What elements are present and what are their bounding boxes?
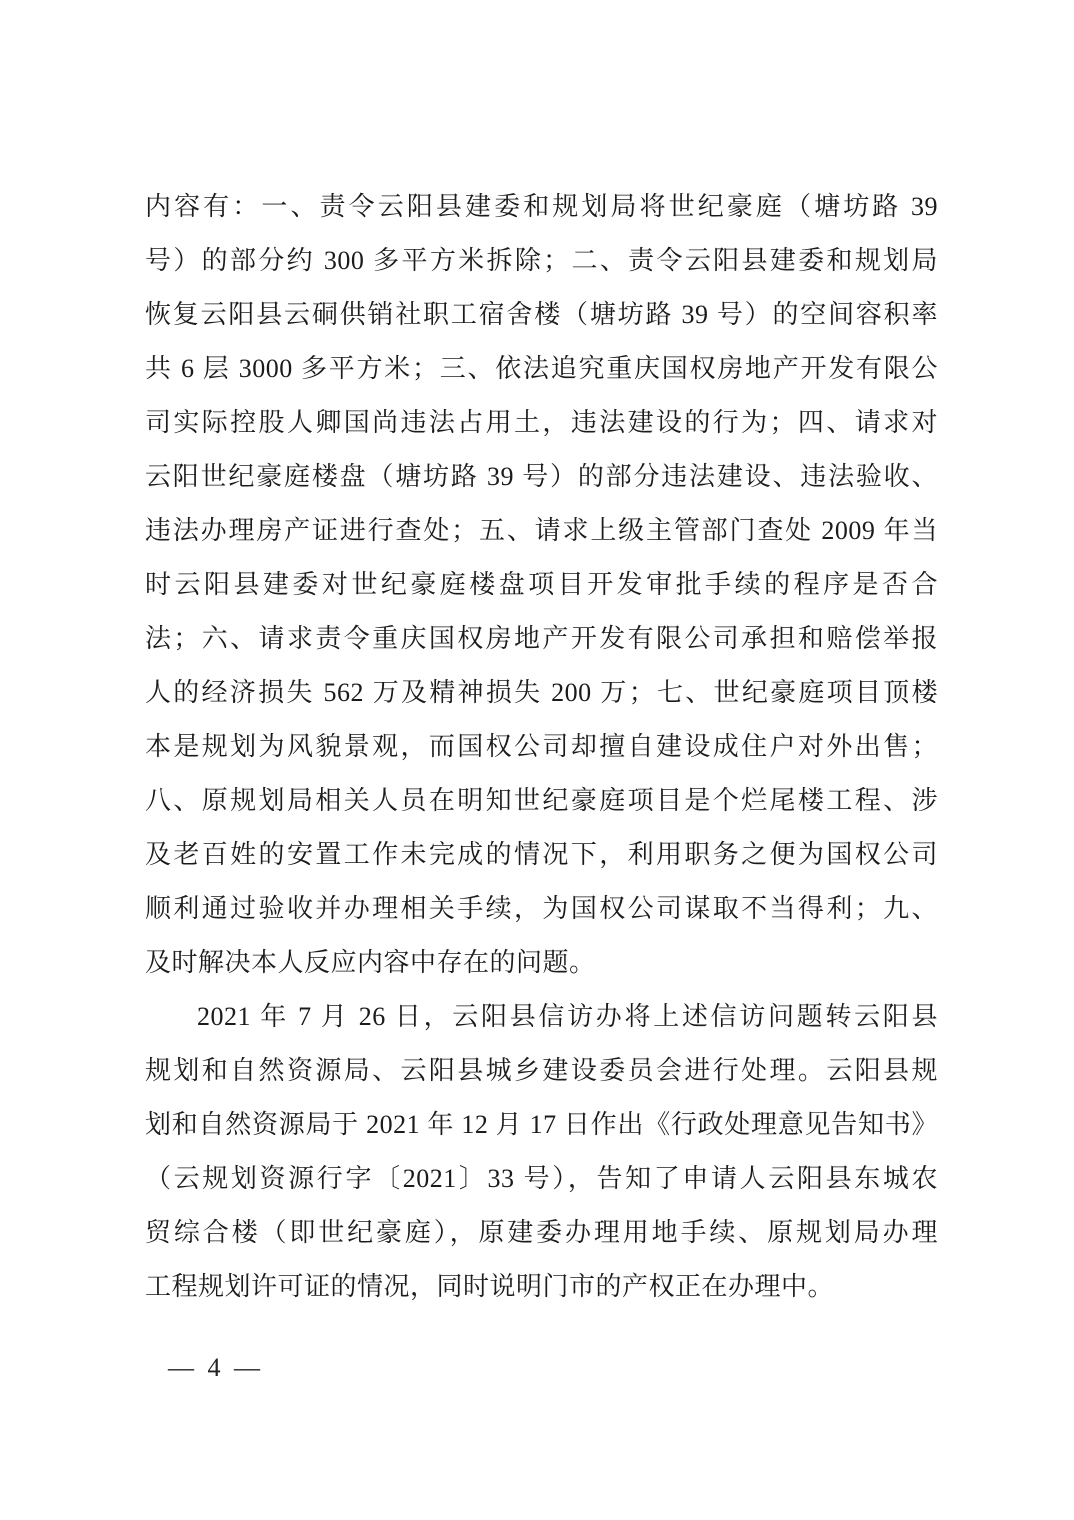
text-line: 违法办理房产证进行查处；五、请求上级主管部门查处 2009 年当 [145, 504, 938, 558]
text-line: 云阳世纪豪庭楼盘（塘坊路 39 号）的部分违法建设、违法验收、 [145, 450, 938, 504]
text-line: 内容有：一、责令云阳县建委和规划局将世纪豪庭（塘坊路 39 [145, 180, 938, 234]
text-line: 人的经济损失 562 万及精神损失 200 万；七、世纪豪庭项目顶楼 [145, 666, 938, 720]
paragraph: 2021 年 7 月 26 日，云阳县信访办将上述信访问题转云阳县规划和自然资源… [145, 990, 938, 1314]
text-line: 贸综合楼（即世纪豪庭），原建委办理用地手续、原规划局办理 [145, 1206, 938, 1260]
text-line: 司实际控股人卿国尚违法占用土，违法建设的行为；四、请求对 [145, 396, 938, 450]
text-line: 法；六、请求责令重庆国权房地产开发有限公司承担和赔偿举报 [145, 612, 938, 666]
document-page: 内容有：一、责令云阳县建委和规划局将世纪豪庭（塘坊路 39号）的部分约 300 … [0, 0, 1074, 1520]
text-line: 顺利通过验收并办理相关手续，为国权公司谋取不当得利；九、 [145, 882, 938, 936]
text-line: 及时解决本人反应内容中存在的问题。 [145, 936, 938, 990]
text-line: （云规划资源行字〔2021〕33 号），告知了申请人云阳县东城农 [145, 1152, 938, 1206]
text-line: 划和自然资源局于 2021 年 12 月 17 日作出《行政处理意见告知书》 [145, 1098, 938, 1152]
text-line: 本是规划为风貌景观，而国权公司却擅自建设成住户对外出售； [145, 720, 938, 774]
text-line: 规划和自然资源局、云阳县城乡建设委员会进行处理。云阳县规 [145, 1044, 938, 1098]
page-footer: — 4 — [168, 1350, 260, 1386]
text-line: 号）的部分约 300 多平方米拆除；二、责令云阳县建委和规划局 [145, 234, 938, 288]
text-line: 共 6 层 3000 多平方米；三、依法追究重庆国权房地产开发有限公 [145, 342, 938, 396]
text-block: 内容有：一、责令云阳县建委和规划局将世纪豪庭（塘坊路 39号）的部分约 300 … [145, 180, 938, 1314]
text-line: 工程规划许可证的情况，同时说明门市的产权正在办理中。 [145, 1260, 938, 1314]
text-line: 恢复云阳县云硐供销社职工宿舍楼（塘坊路 39 号）的空间容积率 [145, 288, 938, 342]
text-line: 八、原规划局相关人员在明知世纪豪庭项目是个烂尾楼工程、涉 [145, 774, 938, 828]
text-line: 2021 年 7 月 26 日，云阳县信访办将上述信访问题转云阳县 [145, 990, 938, 1044]
paragraph: 内容有：一、责令云阳县建委和规划局将世纪豪庭（塘坊路 39号）的部分约 300 … [145, 180, 938, 990]
page-number: — 4 — [168, 1353, 260, 1382]
text-line: 时云阳县建委对世纪豪庭楼盘项目开发审批手续的程序是否合 [145, 558, 938, 612]
text-line: 及老百姓的安置工作未完成的情况下，利用职务之便为国权公司 [145, 828, 938, 882]
